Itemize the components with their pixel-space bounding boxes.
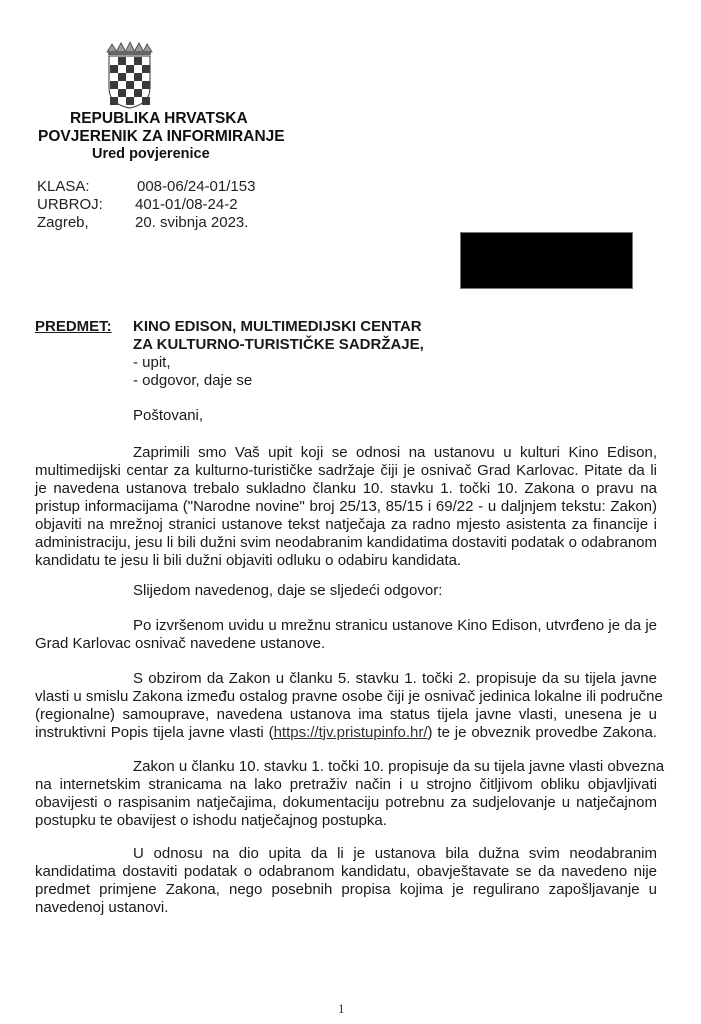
text-line: administraciju, jesu li bili dužni svim … — [35, 534, 657, 552]
urbroj-value: 401-01/08-24-2 — [135, 196, 238, 214]
subject-item-query: - upit, — [133, 354, 171, 371]
croatian-coat-of-arms-icon — [103, 40, 155, 110]
subject-line-1: KINO EDISON, MULTIMEDIJSKI CENTAR — [133, 318, 422, 335]
text-line: S obzirom da Zakon u članku 5. stavku 1.… — [35, 670, 657, 688]
paragraph-public-authority-status: S obzirom da Zakon u članku 5. stavku 1.… — [35, 670, 657, 742]
registry-link[interactable]: https://tjv.pristupinfo.hr/ — [274, 724, 428, 741]
date-value: 20. svibnja 2023. — [135, 214, 248, 232]
text-line: pristup informacijama ("Narodne novine" … — [35, 498, 657, 516]
text-fragment: instruktivni Popis tijela javne vlasti ( — [35, 724, 274, 741]
text-line: U odnosu na dio upita da li je ustanova … — [35, 845, 657, 863]
subject-line-2: ZA KULTURNO-TURISTIČKE SADRŽAJE, — [133, 336, 424, 353]
text-line: obavijesti o raspisanim natječajima, dok… — [35, 794, 657, 812]
text-line: objaviti na mrežnoj stranici ustanove te… — [35, 516, 657, 534]
letterhead-office: Ured povjerenice — [92, 146, 210, 162]
text-line: postupku te obavijest o ishodu natječajn… — [35, 812, 657, 830]
text-line: vlasti u smislu Zakona između ostalog pr… — [35, 688, 657, 706]
text-line: je navedena ustanova trebalo sukladno čl… — [35, 480, 657, 498]
text-line: multimedijski centar za kulturno-turisti… — [35, 462, 657, 480]
paragraph-publication-obligation: Zakon u članku 10. stavku 1. točki 10. p… — [35, 758, 657, 830]
text-line: instruktivni Popis tijela javne vlasti (… — [35, 724, 657, 742]
text-line: predmet primjene Zakona, nego posebnih p… — [35, 881, 657, 899]
page-number: 1 — [338, 1001, 345, 1017]
letterhead-institution: POVJERENIK ZA INFORMIRANJE — [38, 128, 285, 146]
text-line: na internetskim stranicama na lako pretr… — [35, 776, 657, 794]
text-line: kandidatima dostaviti podatak o odabrano… — [35, 863, 657, 881]
text-line: Zaprimili smo Vaš upit koji se odnosi na… — [35, 444, 657, 462]
klasa-value: 008-06/24-01/153 — [137, 178, 255, 196]
place-label: Zagreb, — [37, 214, 89, 232]
text-line: Zakon u članku 10. stavku 1. točki 10. p… — [35, 758, 657, 776]
text-line: navedenoj ustanovi. — [35, 899, 657, 917]
text-line: Slijedom navedenog, daje se sljedeći odg… — [35, 582, 657, 600]
urbroj-label: URBROJ: — [37, 196, 103, 214]
subject-label: PREDMET: — [35, 318, 112, 335]
paragraph-founder-finding: Po izvršenom uvidu u mrežnu stranicu ust… — [35, 617, 657, 653]
paragraph-answer-intro: Slijedom navedenog, daje se sljedeći odg… — [35, 582, 657, 600]
text-line: (regionalne) samouprave, navedena ustano… — [35, 706, 657, 724]
subject-item-answer: - odgovor, daje se — [133, 372, 252, 389]
redacted-recipient-block — [460, 232, 633, 289]
letterhead-country: REPUBLIKA HRVATSKA — [70, 110, 248, 128]
paragraph-candidate-notification: U odnosu na dio upita da li je ustanova … — [35, 845, 657, 917]
klasa-label: KLASA: — [37, 178, 90, 196]
text-line: Po izvršenom uvidu u mrežnu stranicu ust… — [35, 617, 657, 635]
salutation: Poštovani, — [133, 407, 203, 424]
text-line: Grad Karlovac osnivač navedene ustanove. — [35, 635, 657, 653]
paragraph-inquiry-summary: Zaprimili smo Vaš upit koji se odnosi na… — [35, 444, 657, 570]
text-line: kandidatu te jesu li bili dužni objaviti… — [35, 552, 657, 570]
text-fragment: ) te je obveznik provedbe Zakona. — [428, 724, 657, 741]
